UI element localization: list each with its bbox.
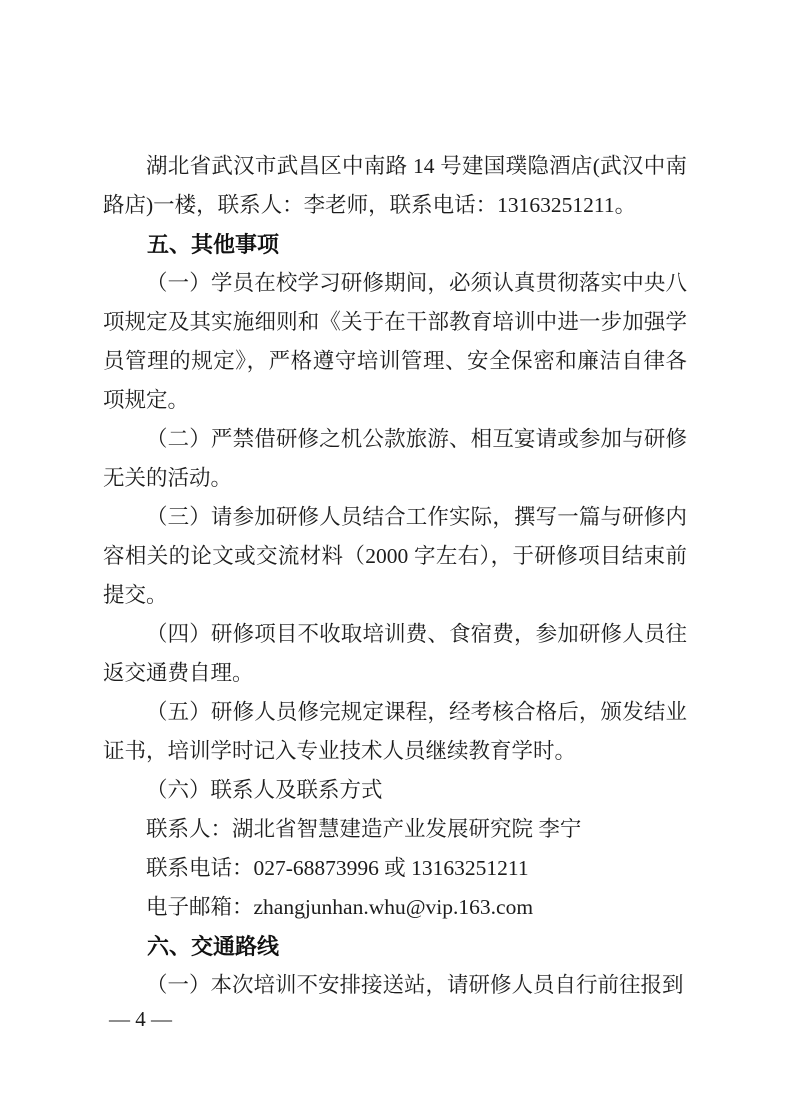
paragraph-item-4-fees: （四）研修项目不收取培训费、食宿费，参加研修人员往返交通费自理。 — [103, 615, 687, 693]
heading-section-5-other-matters: 五、其他事项 — [103, 225, 687, 264]
paragraph-contact-phone: 联系电话：027-68873996 或 13163251211 — [103, 849, 687, 888]
document-page: 湖北省武汉市武昌区中南路 14 号建国璞隐酒店(武汉中南路店)一楼，联系人：李老… — [0, 0, 787, 1116]
heading-section-6-traffic-routes: 六、交通路线 — [103, 927, 687, 966]
page-number: — 4 — — [109, 1007, 172, 1031]
paragraph-item-2-prohibitions: （二）严禁借研修之机公款旅游、相互宴请或参加与研修无关的活动。 — [103, 420, 687, 498]
paragraph-item-1-regulations: （一）学员在校学习研修期间，必须认真贯彻落实中央八项规定及其实施细则和《关于在干… — [103, 264, 687, 420]
document-body: 湖北省武汉市武昌区中南路 14 号建国璞隐酒店(武汉中南路店)一楼，联系人：李老… — [103, 147, 687, 1005]
paragraph-item-3-paper-requirement: （三）请参加研修人员结合工作实际，撰写一篇与研修内容相关的论文或交流材料（200… — [103, 498, 687, 615]
paragraph-item-5-certificate: （五）研修人员修完规定课程，经考核合格后，颁发结业证书，培训学时记入专业技术人员… — [103, 693, 687, 771]
paragraph-report-address: 湖北省武汉市武昌区中南路 14 号建国璞隐酒店(武汉中南路店)一楼，联系人：李老… — [103, 147, 687, 225]
paragraph-contact-email: 电子邮箱：zhangjunhan.whu@vip.163.com — [103, 888, 687, 927]
paragraph-item-1-transport: （一）本次培训不安排接送站，请研修人员自行前往报到 — [103, 966, 687, 1005]
paragraph-item-6-contact-heading: （六）联系人及联系方式 — [103, 771, 687, 810]
paragraph-contact-person: 联系人：湖北省智慧建造产业发展研究院 李宁 — [103, 810, 687, 849]
